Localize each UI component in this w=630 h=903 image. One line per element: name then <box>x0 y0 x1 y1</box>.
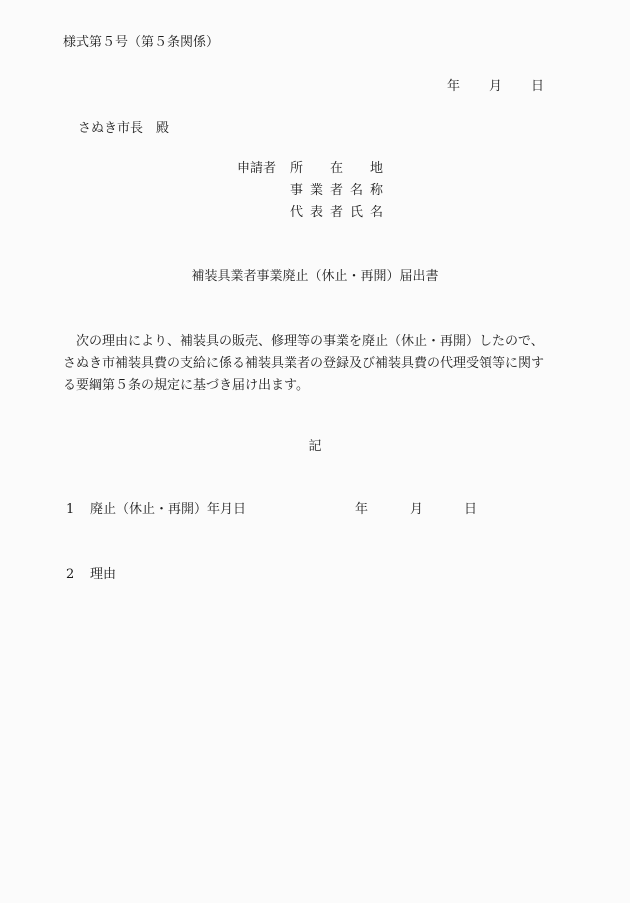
date-month-label: 月 <box>410 501 464 519</box>
item-closure-date: 1廃止（休止・再開）年月日 <box>66 501 246 519</box>
applicant-label: 申請者 <box>237 160 276 178</box>
body-line: さぬき市補装具費の支給に係る補装具業者の登録及び補装具費の代理受領等に関す <box>63 353 583 375</box>
body-line: 次の理由により、補装具の販売、修理等の事業を廃止（休止・再開）したので、 <box>63 331 583 353</box>
date-year-label: 年 <box>447 78 489 96</box>
item-reason: 2理由 <box>66 566 116 584</box>
item-closure-date-value: 年月日 <box>355 501 477 519</box>
char: 表 <box>310 204 323 226</box>
field-representative-name: 代 表 者 氏 名 <box>290 204 383 226</box>
char: 者 <box>330 204 343 226</box>
date-day-label: 日 <box>464 502 477 517</box>
form-number: 様式第５号（第５条関係） <box>63 34 219 52</box>
body-paragraph: 次の理由により、補装具の販売、修理等の事業を廃止（休止・再開）したので、 さぬき… <box>63 331 583 397</box>
item-label: 廃止（休止・再開）年月日 <box>90 502 246 517</box>
char: 業 <box>310 182 323 204</box>
item-number: 2 <box>66 566 90 584</box>
applicant-fields: 所 在 地 事 業 者 名 称 代 表 者 氏 名 <box>290 160 383 226</box>
char: 代 <box>290 204 303 226</box>
char: 氏 <box>350 204 363 226</box>
char: 地 <box>370 160 383 182</box>
char: 名 <box>370 204 383 226</box>
date-day-label: 日 <box>531 78 544 96</box>
item-label: 理由 <box>90 567 116 582</box>
body-line: る要綱第５条の規定に基づき届け出ます。 <box>63 375 583 397</box>
submission-date: 年月日 <box>447 78 544 96</box>
addressee: さぬき市長 殿 <box>78 120 169 138</box>
field-address: 所 在 地 <box>290 160 383 182</box>
ki-heading: 記 <box>0 438 630 456</box>
date-year-label: 年 <box>355 501 410 519</box>
item-number: 1 <box>66 501 90 519</box>
char: 者 <box>330 182 343 204</box>
document-title: 補装具業者事業廃止（休止・再開）届出書 <box>0 268 630 286</box>
char: 所 <box>290 160 303 182</box>
field-business-name: 事 業 者 名 称 <box>290 182 383 204</box>
char: 名 <box>350 182 363 204</box>
char: 称 <box>370 182 383 204</box>
date-month-label: 月 <box>489 78 531 96</box>
char: 在 <box>330 160 343 182</box>
char: 事 <box>290 182 303 204</box>
